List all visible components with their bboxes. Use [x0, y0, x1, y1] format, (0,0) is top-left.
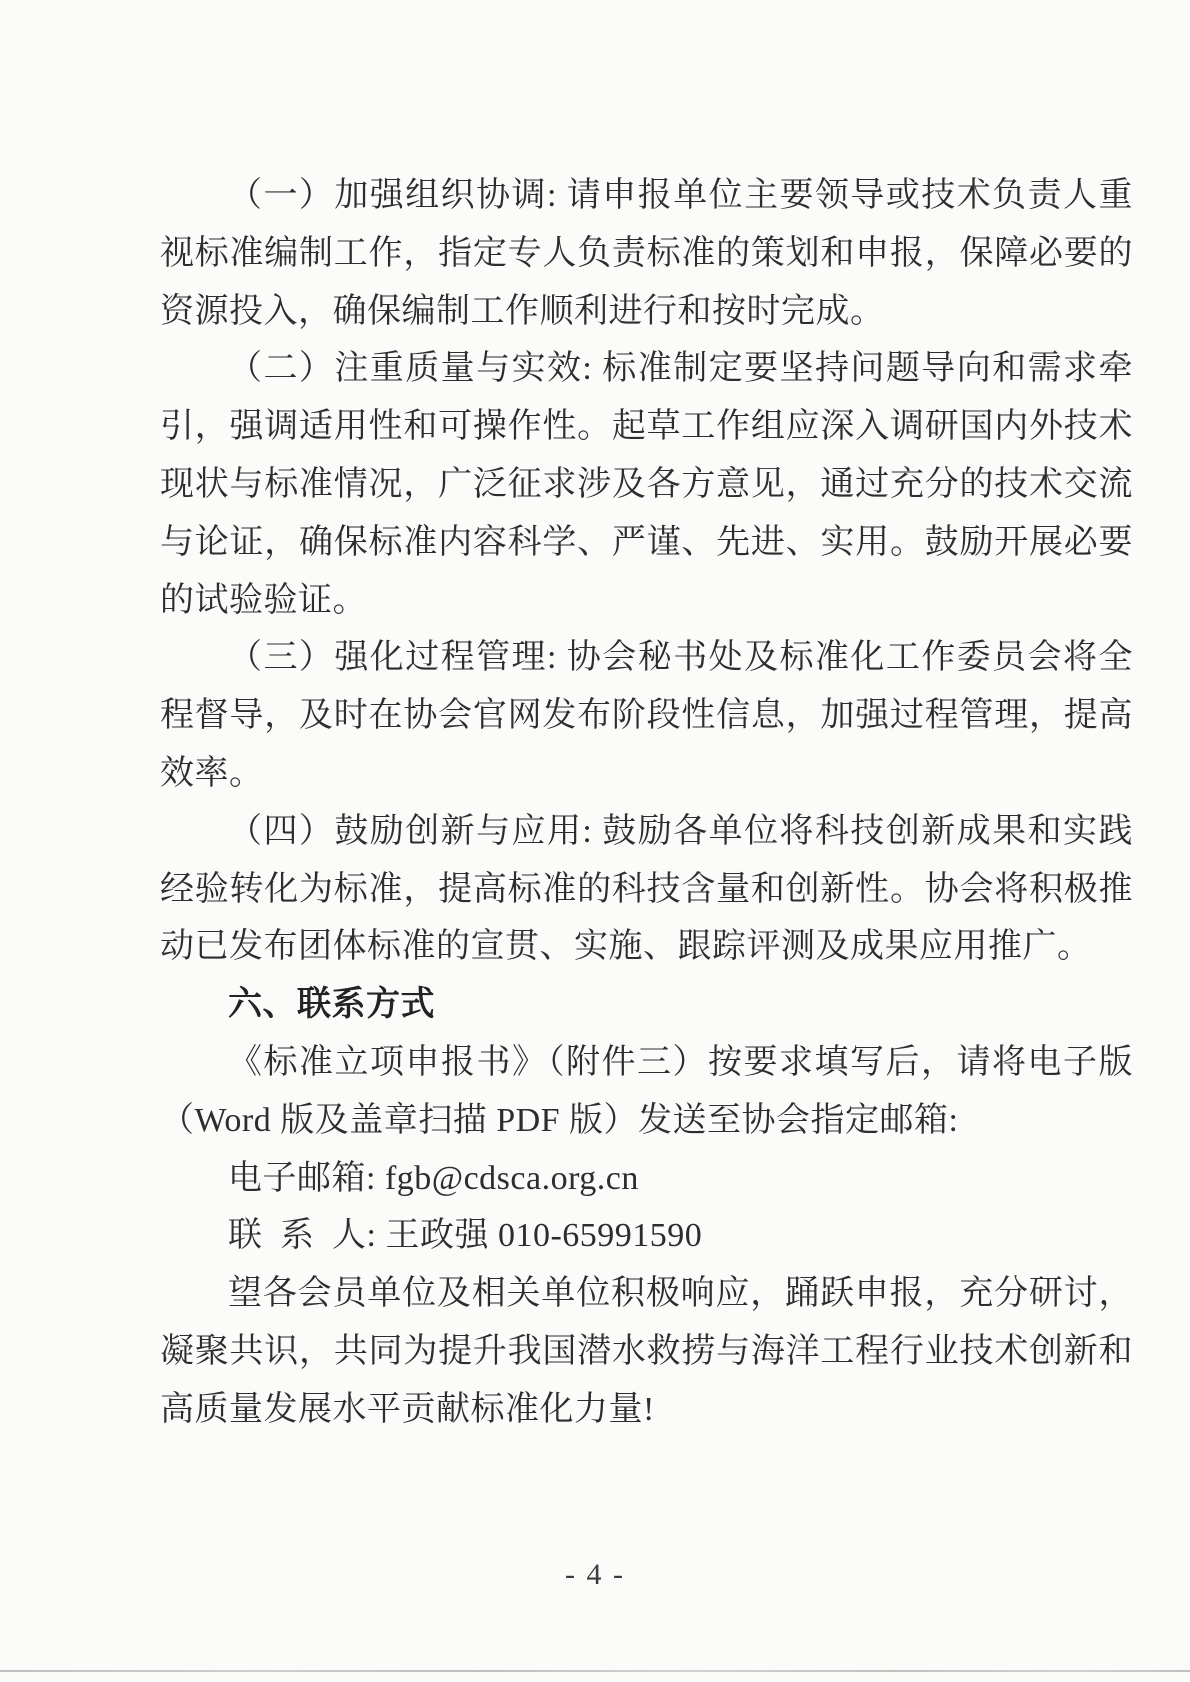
paragraph-closing-appeal: 望各会员单位及相关单位积极响应，踊跃申报，充分研讨，凝聚共识，共同为提升我国潜水…	[160, 1265, 1133, 1438]
paragraph-quality-effectiveness: （二）注重质量与实效: 标准制定要坚持问题导向和需求牵引，强调适用性和可操作性。…	[160, 340, 1133, 629]
contact-email-line: 电子邮箱: fgb@cdsca.org.cn	[160, 1150, 1133, 1208]
paragraph-submission-instructions: 《标准立项申报书》（附件三）按要求填写后，请将电子版（Word 版及盖章扫描 P…	[160, 1034, 1133, 1150]
paragraph-process-management: （三）强化过程管理: 协会秘书处及标准化工作委员会将全程督导，及时在协会官网发布…	[160, 629, 1133, 802]
scanned-document-page: （一）加强组织协调: 请申报单位主要领导或技术负责人重视标准编制工作，指定专人负…	[0, 0, 1190, 1682]
scan-artifact-line	[0, 1670, 1190, 1672]
document-body: （一）加强组织协调: 请申报单位主要领导或技术负责人重视标准编制工作，指定专人负…	[160, 167, 1133, 1439]
section-heading-contact-info: 六、联系方式	[160, 976, 1133, 1034]
contact-person-line: 联 系 人: 王政强 010-65991590	[160, 1207, 1133, 1265]
page-number: - 4 -	[0, 1558, 1190, 1592]
paragraph-org-coordination: （一）加强组织协调: 请申报单位主要领导或技术负责人重视标准编制工作，指定专人负…	[160, 167, 1133, 340]
paragraph-innovation-application: （四）鼓励创新与应用: 鼓励各单位将科技创新成果和实践经验转化为标准，提高标准的…	[160, 803, 1133, 976]
